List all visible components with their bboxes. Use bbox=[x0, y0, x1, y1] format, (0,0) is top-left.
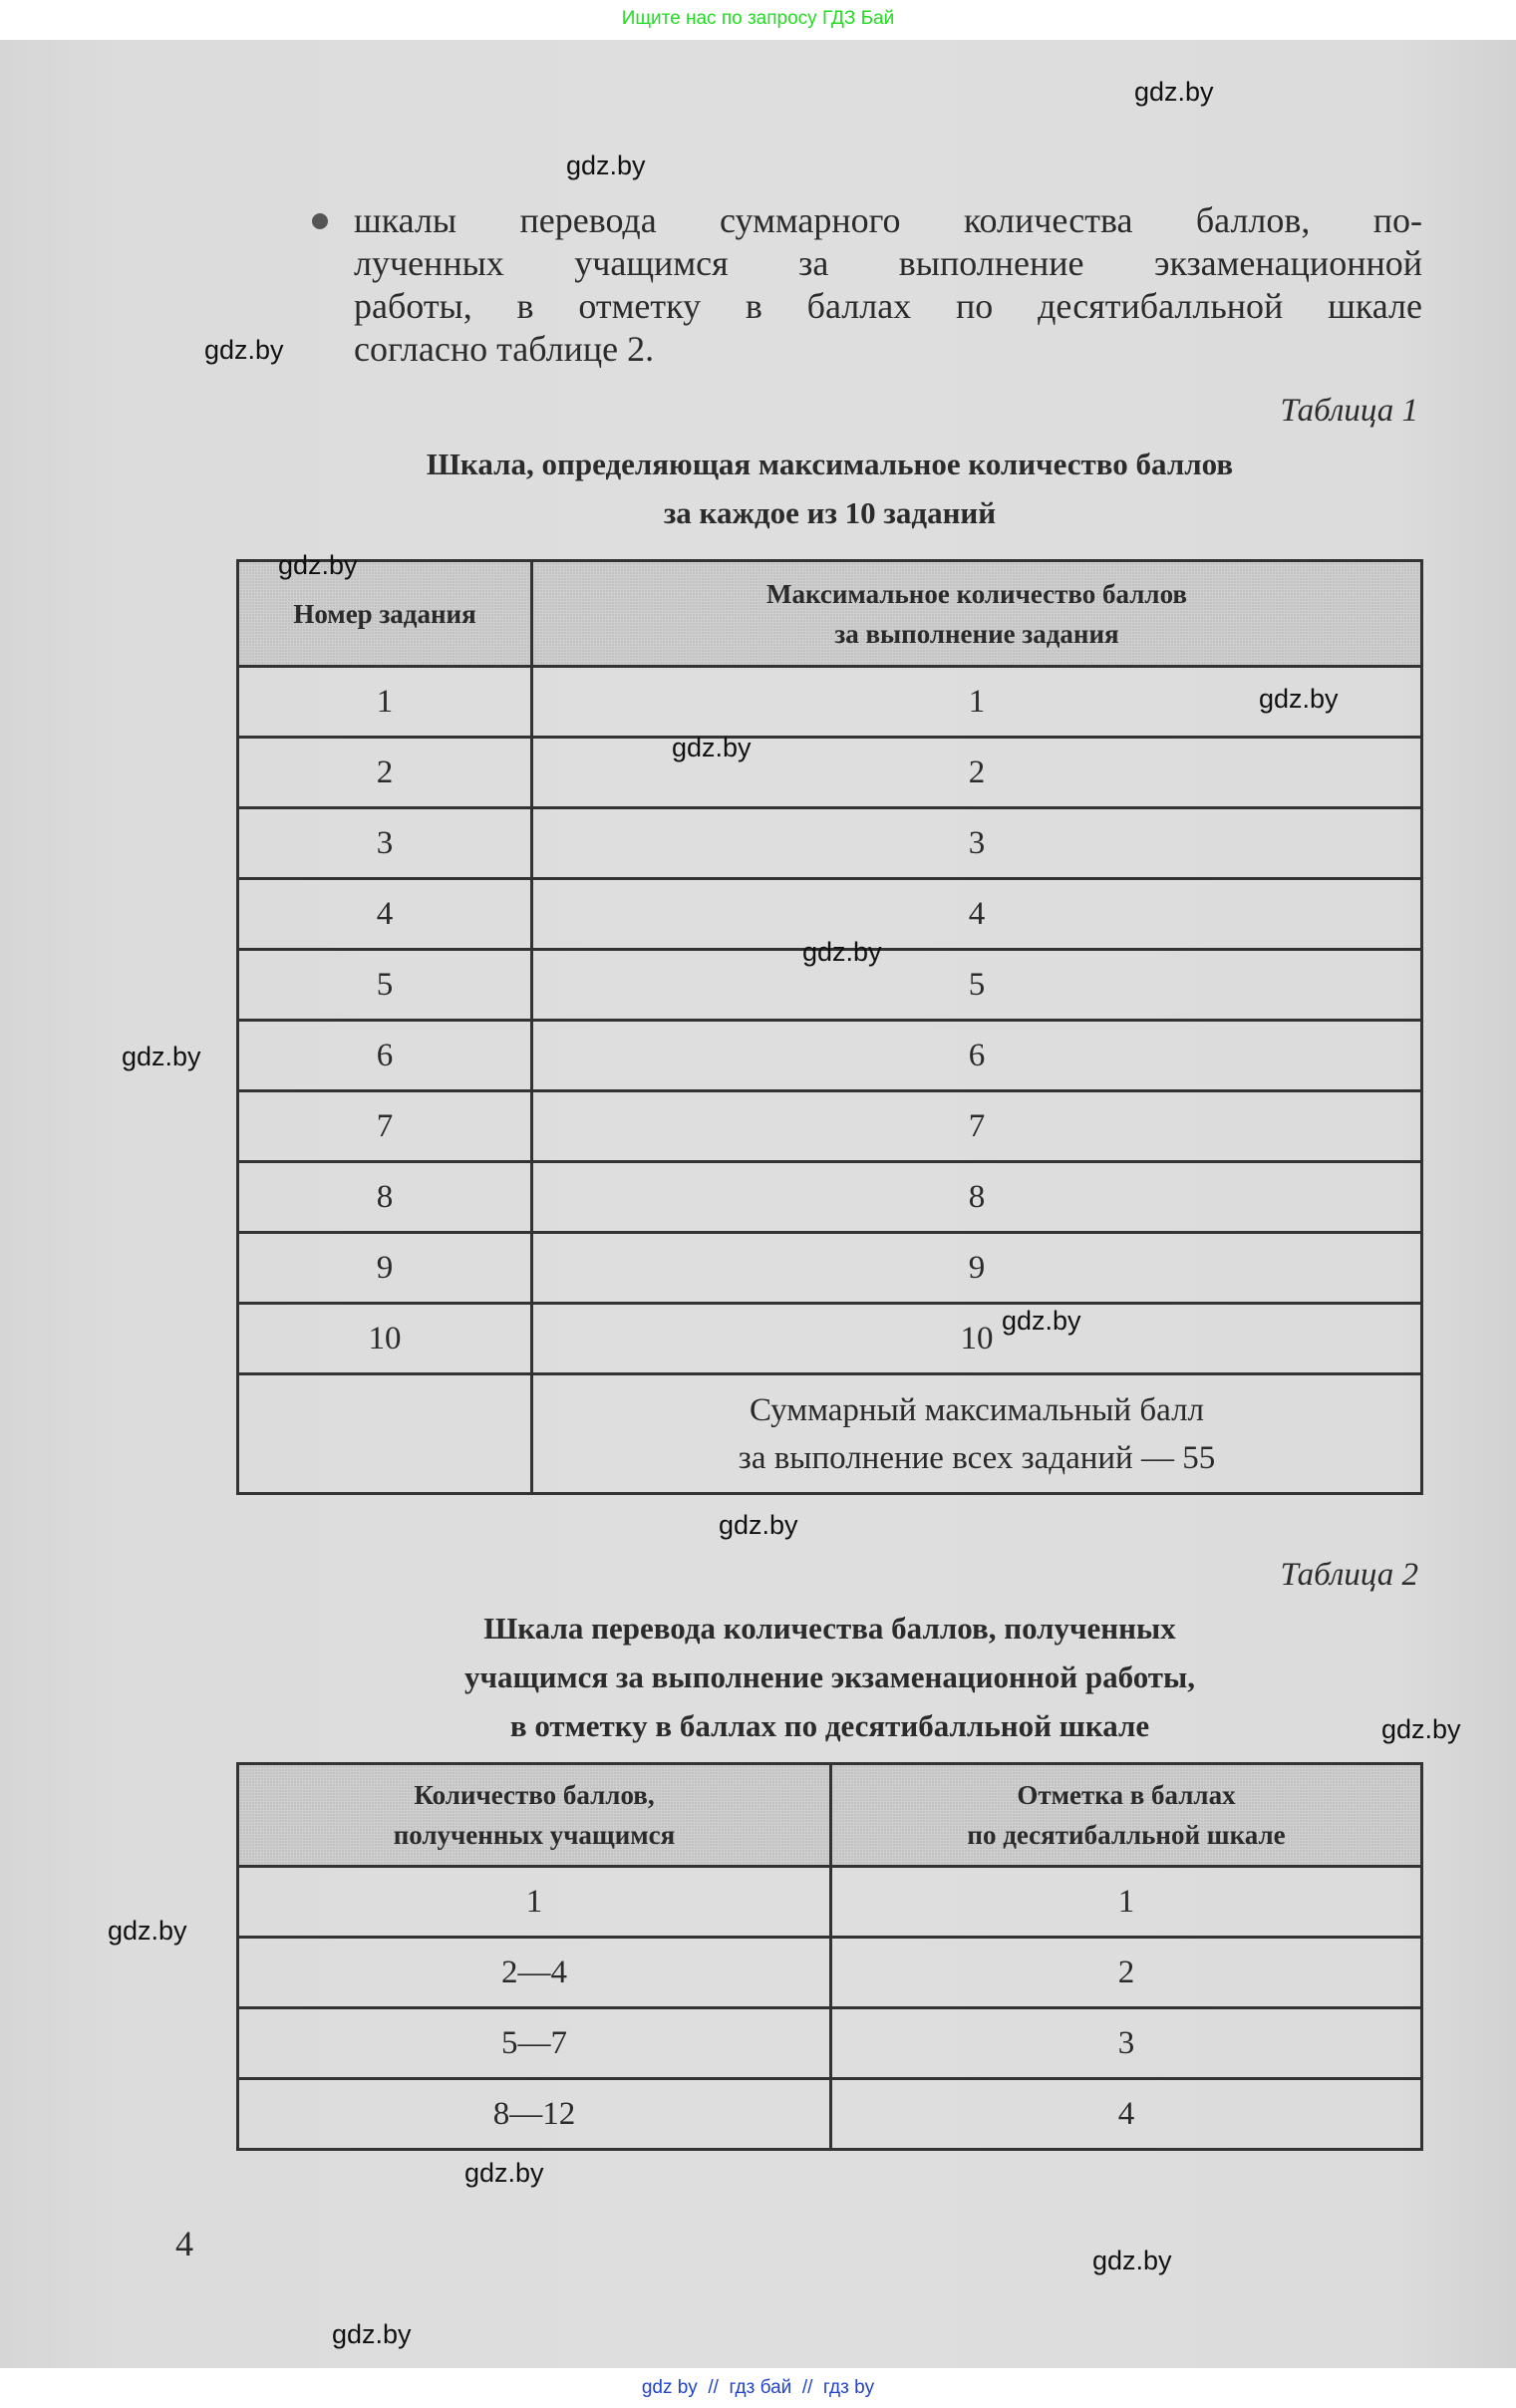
table2: Количество баллов, полученных учащимся О… bbox=[236, 1762, 1423, 2151]
table-row: 88 bbox=[238, 1162, 1422, 1233]
column-header-max-score: Максимальное количество баллов за выполн… bbox=[532, 561, 1422, 667]
task-number-cell: 3 bbox=[238, 808, 532, 879]
table-row: 77 bbox=[238, 1091, 1422, 1162]
watermark-label: gdz.by bbox=[1381, 1714, 1461, 1744]
table1: Номер задания Максимальное количество ба… bbox=[236, 559, 1423, 1495]
points-range-cell: 1 bbox=[238, 1867, 831, 1938]
table-row: 11 bbox=[238, 1867, 1422, 1938]
table-row: 2—42 bbox=[238, 1938, 1422, 2008]
bullet-paragraph: шкалы перевода суммарного количества бал… bbox=[354, 199, 1422, 371]
points-range-cell: 8—12 bbox=[238, 2079, 831, 2150]
column-header-points: Количество баллов, полученных учащимся bbox=[238, 1764, 831, 1867]
table1-caption: Таблица 1 bbox=[1281, 393, 1418, 430]
table-row: 8—124 bbox=[238, 2079, 1422, 2150]
task-number-cell: 8 bbox=[238, 1162, 532, 1233]
max-score-cell: 10 bbox=[532, 1304, 1422, 1374]
watermark-label: gdz.by bbox=[1002, 1306, 1081, 1336]
task-number-cell: 6 bbox=[238, 1021, 532, 1091]
bottom-banner[interactable]: gdz by // гдз бай // гдз by bbox=[0, 2368, 1516, 2408]
watermark-label: gdz.by bbox=[278, 550, 358, 580]
max-score-cell: 4 bbox=[532, 879, 1422, 950]
max-score-cell: 8 bbox=[532, 1162, 1422, 1233]
table-row: 1010 bbox=[238, 1304, 1422, 1374]
column-header-grade: Отметка в баллах по десятибалльной шкале bbox=[831, 1764, 1422, 1867]
watermark-label: gdz.by bbox=[566, 150, 646, 180]
max-score-cell: 9 bbox=[532, 1233, 1422, 1304]
title-line: учащимся за выполнение экзаменационной р… bbox=[236, 1653, 1423, 1701]
watermark-label: gdz.by bbox=[802, 937, 882, 967]
paragraph-line: шкалы перевода суммарного количества бал… bbox=[354, 199, 1422, 242]
paragraph-line: лученных учащимся за выполнение экзамена… bbox=[354, 242, 1422, 285]
top-banner[interactable]: Ищите нас по запросу ГДЗ Бай bbox=[0, 0, 1516, 40]
task-number-cell: 1 bbox=[238, 667, 532, 738]
total-max-score-cell: Суммарный максимальный баллза выполнение… bbox=[532, 1374, 1422, 1494]
grade-cell: 2 bbox=[831, 1938, 1422, 2008]
bullet-icon bbox=[312, 213, 328, 229]
max-score-cell: 3 bbox=[532, 808, 1422, 879]
watermark-label: gdz.by bbox=[332, 2319, 412, 2349]
grade-cell: 4 bbox=[831, 2079, 1422, 2150]
table2-title: Шкала перевода количества баллов, получе… bbox=[236, 1604, 1423, 1750]
table-row: 33 bbox=[238, 808, 1422, 879]
title-line: в отметку в баллах по десятибалльной шка… bbox=[236, 1701, 1423, 1750]
table1-title: Шкала, определяющая максимальное количес… bbox=[236, 440, 1423, 537]
title-line: Шкала, определяющая максимальное количес… bbox=[236, 440, 1423, 488]
table2-caption: Таблица 2 bbox=[1281, 1557, 1418, 1594]
watermark-label: gdz.by bbox=[204, 335, 284, 365]
table-row: 99 bbox=[238, 1233, 1422, 1304]
watermark-label: gdz.by bbox=[672, 733, 752, 762]
table-header-row: Номер задания Максимальное количество ба… bbox=[238, 561, 1422, 667]
task-number-cell: 4 bbox=[238, 879, 532, 950]
paragraph-line: согласно таблице 2. bbox=[354, 328, 1422, 371]
grade-cell: 1 bbox=[831, 1867, 1422, 1938]
empty-cell bbox=[238, 1374, 532, 1494]
page-number: 4 bbox=[175, 2223, 193, 2264]
table-row: 11 bbox=[238, 667, 1422, 738]
points-range-cell: 5—7 bbox=[238, 2008, 831, 2079]
watermark-label: gdz.by bbox=[719, 1510, 798, 1540]
max-score-cell: 7 bbox=[532, 1091, 1422, 1162]
task-number-cell: 10 bbox=[238, 1304, 532, 1374]
max-score-cell: 2 bbox=[532, 738, 1422, 808]
watermark-label: gdz.by bbox=[1092, 2246, 1172, 2275]
task-number-cell: 5 bbox=[238, 950, 532, 1021]
table-row: 5—73 bbox=[238, 2008, 1422, 2079]
watermark-label: gdz.by bbox=[122, 1042, 201, 1071]
table-summary-row: Суммарный максимальный баллза выполнение… bbox=[238, 1374, 1422, 1494]
title-line: Шкала перевода количества баллов, получе… bbox=[236, 1604, 1423, 1653]
task-number-cell: 9 bbox=[238, 1233, 532, 1304]
watermark-label: gdz.by bbox=[1259, 684, 1339, 714]
table-row: 22 bbox=[238, 738, 1422, 808]
table-row: 66 bbox=[238, 1021, 1422, 1091]
max-score-cell: 6 bbox=[532, 1021, 1422, 1091]
task-number-cell: 7 bbox=[238, 1091, 532, 1162]
watermark-label: gdz.by bbox=[1134, 77, 1214, 107]
max-score-cell: 5 bbox=[532, 950, 1422, 1021]
watermark-label: gdz.by bbox=[464, 2158, 544, 2188]
title-line: за каждое из 10 заданий bbox=[236, 488, 1423, 537]
grade-cell: 3 bbox=[831, 2008, 1422, 2079]
points-range-cell: 2—4 bbox=[238, 1938, 831, 2008]
table-header-row: Количество баллов, полученных учащимся О… bbox=[238, 1764, 1422, 1867]
paragraph-line: работы, в отметку в баллах по десятибалл… bbox=[354, 285, 1422, 328]
watermark-label: gdz.by bbox=[108, 1916, 187, 1946]
task-number-cell: 2 bbox=[238, 738, 532, 808]
